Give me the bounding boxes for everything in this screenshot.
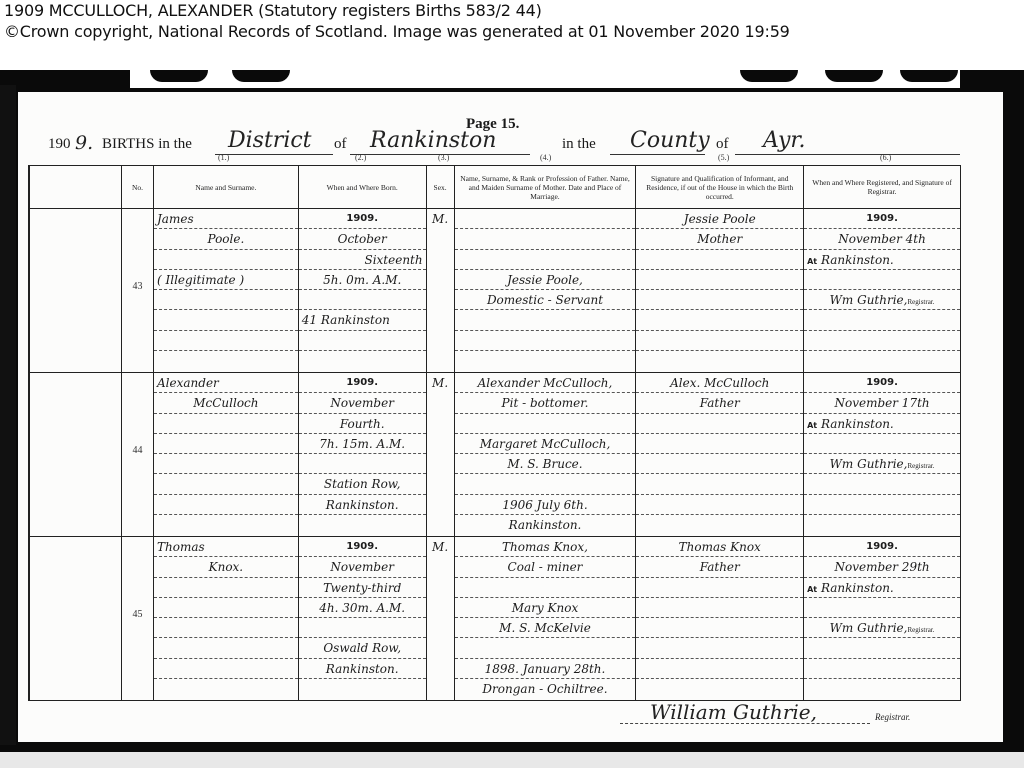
name-line [154,578,298,598]
binding-hole [900,70,958,82]
parents-cell: Jessie Poole, Domestic - Servant [454,209,636,373]
parents-line [455,250,636,270]
column-number: (6.) [880,153,891,162]
name-line [154,351,298,371]
registered-place: Rankinston. [821,417,894,431]
name-line [154,638,298,658]
underline [735,154,960,155]
informant-line [636,331,803,351]
column-header-born: When and Where Born. [298,166,426,209]
name-line [154,331,298,351]
informant-line [636,474,803,494]
parents-line: M. S. Bruce. [455,454,636,474]
column-header-registered: When and Where Registered, and Signature… [804,166,961,209]
born-line: 7h. 15m. A.M. [299,434,426,454]
parents-line: Rankinston. [455,515,636,535]
at-label: At [807,421,817,430]
born-line: 1909. [299,537,426,557]
underline [610,154,705,155]
registered-cell: 1909. November 4th At Rankinston. Wm Gut… [804,209,961,373]
informant-line: Father [636,557,803,577]
name-line: Thomas [154,537,298,557]
parents-line [455,474,636,494]
binding-hole [150,70,208,82]
name-line: Knox. [154,557,298,577]
born-line: Station Row, [299,474,426,494]
parents-line [455,578,636,598]
name-line [154,679,298,699]
informant-line [636,434,803,454]
name-line: James [154,209,298,229]
parents-line: Alexander McCulloch, [455,373,636,393]
born-line [299,679,426,699]
viewer-bottom-bar [0,752,1024,768]
name-cell: Thomas Knox. [154,537,299,701]
name-line: McCulloch [154,393,298,413]
informant-line [636,310,803,330]
born-line: Sixteenth [299,250,426,270]
year-suffix: 9. [75,132,93,154]
column-number: (4.) [540,153,551,162]
column-header-parents: Name, Surname, & Rank or Profession of F… [454,166,636,209]
entry-number-cell: 43 [122,209,154,373]
parents-line: Pit - bottomer. [455,393,636,413]
copyright-notice: ©Crown copyright, National Records of Sc… [4,21,790,42]
born-line [299,618,426,638]
parents-line: 1898. January 28th. [455,659,636,679]
parents-line [455,310,636,330]
informant-cell: Alex. McCulloch Father [636,373,804,537]
binding-hole [740,70,798,82]
binding-hole [825,70,883,82]
informant-line [636,290,803,310]
born-line: 1909. [299,209,426,229]
sex-value: M. [427,537,454,557]
registered-date: November 29th [804,557,960,577]
born-line: 5h. 0m. A.M. [299,270,426,290]
name-line: Poole. [154,229,298,249]
informant-line [636,659,803,679]
informant-line [636,454,803,474]
parents-cell: Thomas Knox, Coal - miner Mary Knox M. S… [454,537,636,701]
born-line [299,331,426,351]
informant-line [636,270,803,290]
registrar-label: Registrar. [907,626,934,634]
in-the-label: in the [562,136,596,153]
born-cell: 1909. November Twenty-third 4h. 30m. A.M… [298,537,426,701]
footer-registrar-signature: William Guthrie, [650,700,817,724]
sex-cell: M. [426,373,454,537]
parents-line: Margaret McCulloch, [455,434,636,454]
registered-place: Rankinston. [821,253,894,267]
name-line [154,515,298,535]
parents-line: Mary Knox [455,598,636,618]
column-number: (1.) [218,153,229,162]
informant-line: Father [636,393,803,413]
at-label: At [807,585,817,594]
name-line [154,414,298,434]
informant-line [636,638,803,658]
county-name: Ayr. [763,128,806,153]
parents-line [455,229,636,249]
informant-line [636,495,803,515]
name-cell: Alexander McCulloch [154,373,299,537]
table-header-row: No. Name and Surname. When and Where Bor… [29,166,961,209]
parents-line: Drongan - Ochiltree. [455,679,636,699]
births-in-the: BIRTHS in the [102,136,192,153]
column-number: (5.) [718,153,729,162]
parents-line [455,414,636,434]
born-line: 4h. 30m. A.M. [299,598,426,618]
registered-cell: 1909. November 17th At Rankinston. Wm Gu… [804,373,961,537]
parents-line: 1906 July 6th. [455,495,636,515]
registrar-label: Registrar. [907,298,934,306]
underline [215,154,333,155]
born-line: October [299,229,426,249]
informant-line [636,618,803,638]
column-header-no: No. [122,166,154,209]
informant-line: Alex. McCulloch [636,373,803,393]
registered-cell: 1909. November 29th At Rankinston. Wm Gu… [804,537,961,701]
table-row: 43 James Poole. ( Illegitimate ) 1909. O… [29,209,961,373]
informant-line [636,515,803,535]
parents-line [455,209,636,229]
informant-line: Jessie Poole [636,209,803,229]
name-line: Alexander [154,373,298,393]
margin-cell [29,373,122,537]
county-label: County [630,128,710,153]
at-label: At [807,257,817,266]
name-line [154,659,298,679]
born-line [299,454,426,474]
born-line: Oswald Row, [299,638,426,658]
parents-line [455,638,636,658]
parents-line: M. S. McKelvie [455,618,636,638]
sex-cell: M. [426,209,454,373]
born-line: November [299,557,426,577]
born-line [299,290,426,310]
informant-line [636,414,803,434]
register-title-line: 190 9. BIRTHS in the District of Rankins… [48,136,968,162]
registered-year: 1909. [804,373,960,393]
born-cell: 1909. October Sixteenth 5h. 0m. A.M. 41 … [298,209,426,373]
binding-hole [232,70,290,82]
parents-line: Domestic - Servant [455,290,636,310]
margin-cell [29,209,122,373]
name-line [154,495,298,515]
name-line [154,618,298,638]
registered-date: November 4th [804,229,960,249]
district-name: Rankinston [370,128,496,153]
informant-line: Thomas Knox [636,537,803,557]
registrar-signature: Wm Guthrie, [830,293,908,307]
margin-cell [29,537,122,701]
name-line [154,598,298,618]
name-line [154,434,298,454]
entry-number: 43 [122,281,153,292]
name-line: ( Illegitimate ) [154,270,298,290]
of-label-1: of [334,136,347,153]
parents-line [455,351,636,371]
parents-line: Jessie Poole, [455,270,636,290]
born-line: Rankinston. [299,495,426,515]
name-line [154,290,298,310]
informant-cell: Thomas Knox Father [636,537,804,701]
born-line: November [299,393,426,413]
registrar-label: Registrar. [907,462,934,470]
entry-number-cell: 44 [122,373,154,537]
of-label-2: of [716,136,729,153]
column-number: (2.) [355,153,366,162]
born-line [299,351,426,371]
born-cell: 1909. November Fourth. 7h. 15m. A.M. Sta… [298,373,426,537]
born-line: Twenty-third [299,578,426,598]
parents-line: Coal - miner [455,557,636,577]
entry-number: 44 [122,445,153,456]
column-header-informant: Signature and Qualification of Informant… [636,166,804,209]
column-header-sex: Sex. [426,166,454,209]
registered-year: 1909. [804,209,960,229]
name-line [154,474,298,494]
table-row: 44 Alexander McCulloch 1909. November Fo… [29,373,961,537]
born-line: Rankinston. [299,659,426,679]
registered-date: November 17th [804,393,960,413]
born-line: Fourth. [299,414,426,434]
informant-line [636,578,803,598]
name-cell: James Poole. ( Illegitimate ) [154,209,299,373]
sex-value: M. [427,373,454,393]
informant-line [636,598,803,618]
born-line: 1909. [299,373,426,393]
table-row: 45 Thomas Knox. 1909. November Twenty-th… [29,537,961,701]
born-line [299,515,426,535]
column-header-name: Name and Surname. [154,166,299,209]
parents-line [455,331,636,351]
sex-value: M. [427,209,454,229]
informant-line: Mother [636,229,803,249]
born-line: 41 Rankinston [299,310,426,330]
margin-column [29,166,122,209]
name-line [154,454,298,474]
informant-line [636,351,803,371]
column-number: (3.) [438,153,449,162]
births-register-table: No. Name and Surname. When and Where Bor… [28,165,961,701]
registrar-signature: Wm Guthrie, [830,621,908,635]
name-line [154,310,298,330]
informant-cell: Jessie Poole Mother [636,209,804,373]
parents-line: Thomas Knox, [455,537,636,557]
year-prefix: 190 [48,136,71,153]
record-title: 1909 MCCULLOCH, ALEXANDER (Statutory reg… [4,0,790,21]
informant-line [636,250,803,270]
parents-cell: Alexander McCulloch, Pit - bottomer. Mar… [454,373,636,537]
informant-line [636,679,803,699]
sex-cell: M. [426,537,454,701]
record-header: 1909 MCCULLOCH, ALEXANDER (Statutory reg… [4,0,790,42]
entry-number-cell: 45 [122,537,154,701]
page-edge [0,85,16,745]
district-label: District [228,128,312,153]
footer-registrar-label: Registrar. [875,712,910,722]
name-line [154,250,298,270]
registered-place: Rankinston. [821,581,894,595]
registrar-signature: Wm Guthrie, [830,457,908,471]
entry-number: 45 [122,609,153,620]
registered-year: 1909. [804,537,960,557]
